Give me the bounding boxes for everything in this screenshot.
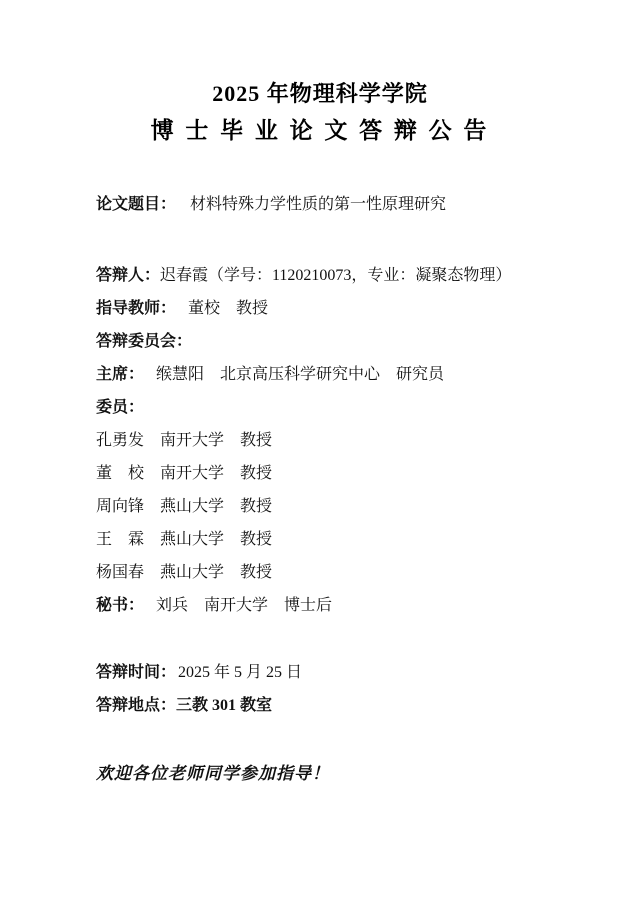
member-title: 教授 [240, 498, 272, 515]
thesis-title-value: 材料特殊力学性质的第一性原理研究 [190, 196, 446, 213]
chair-row: 主席：缑慧阳北京高压科学研究中心研究员 [96, 358, 544, 391]
defense-time-value: 2025 年 5 月 25 日 [178, 664, 302, 681]
secretary-name: 刘兵 [156, 597, 188, 614]
committee-member-row: 王 霖燕山大学教授 [96, 523, 544, 556]
secretary-row: 秘书：刘兵南开大学博士后 [96, 589, 544, 622]
advisor-label: 指导教师： [96, 300, 176, 317]
committee-member-row: 杨国春燕山大学教授 [96, 556, 544, 589]
defense-location-label: 答辩地点： [96, 697, 176, 714]
member-title: 教授 [240, 564, 272, 581]
welcome-message: 欢迎各位老师同学参加指导！ [96, 762, 544, 786]
title-line-2: 博 士 毕 业 论 文 答 辩 公 告 [96, 114, 544, 148]
member-name: 孔勇发 [96, 424, 144, 457]
committee-member-row: 董 校南开大学教授 [96, 457, 544, 490]
committee-section-label: 答辩委员会： [96, 333, 192, 350]
document-title: 2025 年物理科学学院 博 士 毕 业 论 文 答 辩 公 告 [96, 78, 544, 148]
member-name: 王 霖 [96, 523, 144, 556]
member-name: 杨国春 [96, 556, 144, 589]
chair-label: 主席： [96, 366, 144, 383]
members-label-row: 委员： [96, 391, 544, 424]
thesis-title-label: 论文题目： [96, 196, 176, 213]
member-affiliation: 燕山大学 [160, 564, 224, 581]
defense-location-value: 三教 301 教室 [176, 697, 272, 714]
advisor-name: 董校 [188, 300, 220, 317]
secretary-affiliation: 南开大学 [204, 597, 268, 614]
candidate-value: 迟春霞（学号：1120210073，专业：凝聚态物理） [160, 267, 511, 284]
defense-time-row: 答辩时间：2025 年 5 月 25 日 [96, 656, 544, 689]
member-affiliation: 南开大学 [160, 465, 224, 482]
thesis-title-row: 论文题目：材料特殊力学性质的第一性原理研究 [96, 194, 544, 216]
defense-location-row: 答辩地点：三教 301 教室 [96, 689, 544, 722]
candidate-row: 答辩人：迟春霞（学号：1120210073，专业：凝聚态物理） [96, 259, 544, 292]
member-name: 周向锋 [96, 490, 144, 523]
members-label: 委员： [96, 399, 144, 416]
member-title: 教授 [240, 531, 272, 548]
committee-member-row: 孔勇发南开大学教授 [96, 424, 544, 457]
chair-title: 研究员 [396, 366, 444, 383]
chair-name: 缑慧阳 [156, 366, 204, 383]
member-affiliation: 燕山大学 [160, 531, 224, 548]
advisor-title: 教授 [236, 300, 268, 317]
member-title: 教授 [240, 432, 272, 449]
secretary-title: 博士后 [284, 597, 332, 614]
defense-announcement-document: 2025 年物理科学学院 博 士 毕 业 论 文 答 辩 公 告 论文题目：材料… [0, 0, 639, 904]
member-affiliation: 燕山大学 [160, 498, 224, 515]
committee-section-row: 答辩委员会： [96, 325, 544, 358]
member-name: 董 校 [96, 457, 144, 490]
candidate-label: 答辩人： [96, 267, 160, 284]
committee-member-row: 周向锋燕山大学教授 [96, 490, 544, 523]
member-title: 教授 [240, 465, 272, 482]
chair-affiliation: 北京高压科学研究中心 [220, 366, 380, 383]
defense-time-label: 答辩时间： [96, 664, 176, 681]
secretary-label: 秘书： [96, 597, 144, 614]
advisor-row: 指导教师：董校教授 [96, 292, 544, 325]
member-affiliation: 南开大学 [160, 432, 224, 449]
title-line-1: 2025 年物理科学学院 [96, 78, 544, 110]
